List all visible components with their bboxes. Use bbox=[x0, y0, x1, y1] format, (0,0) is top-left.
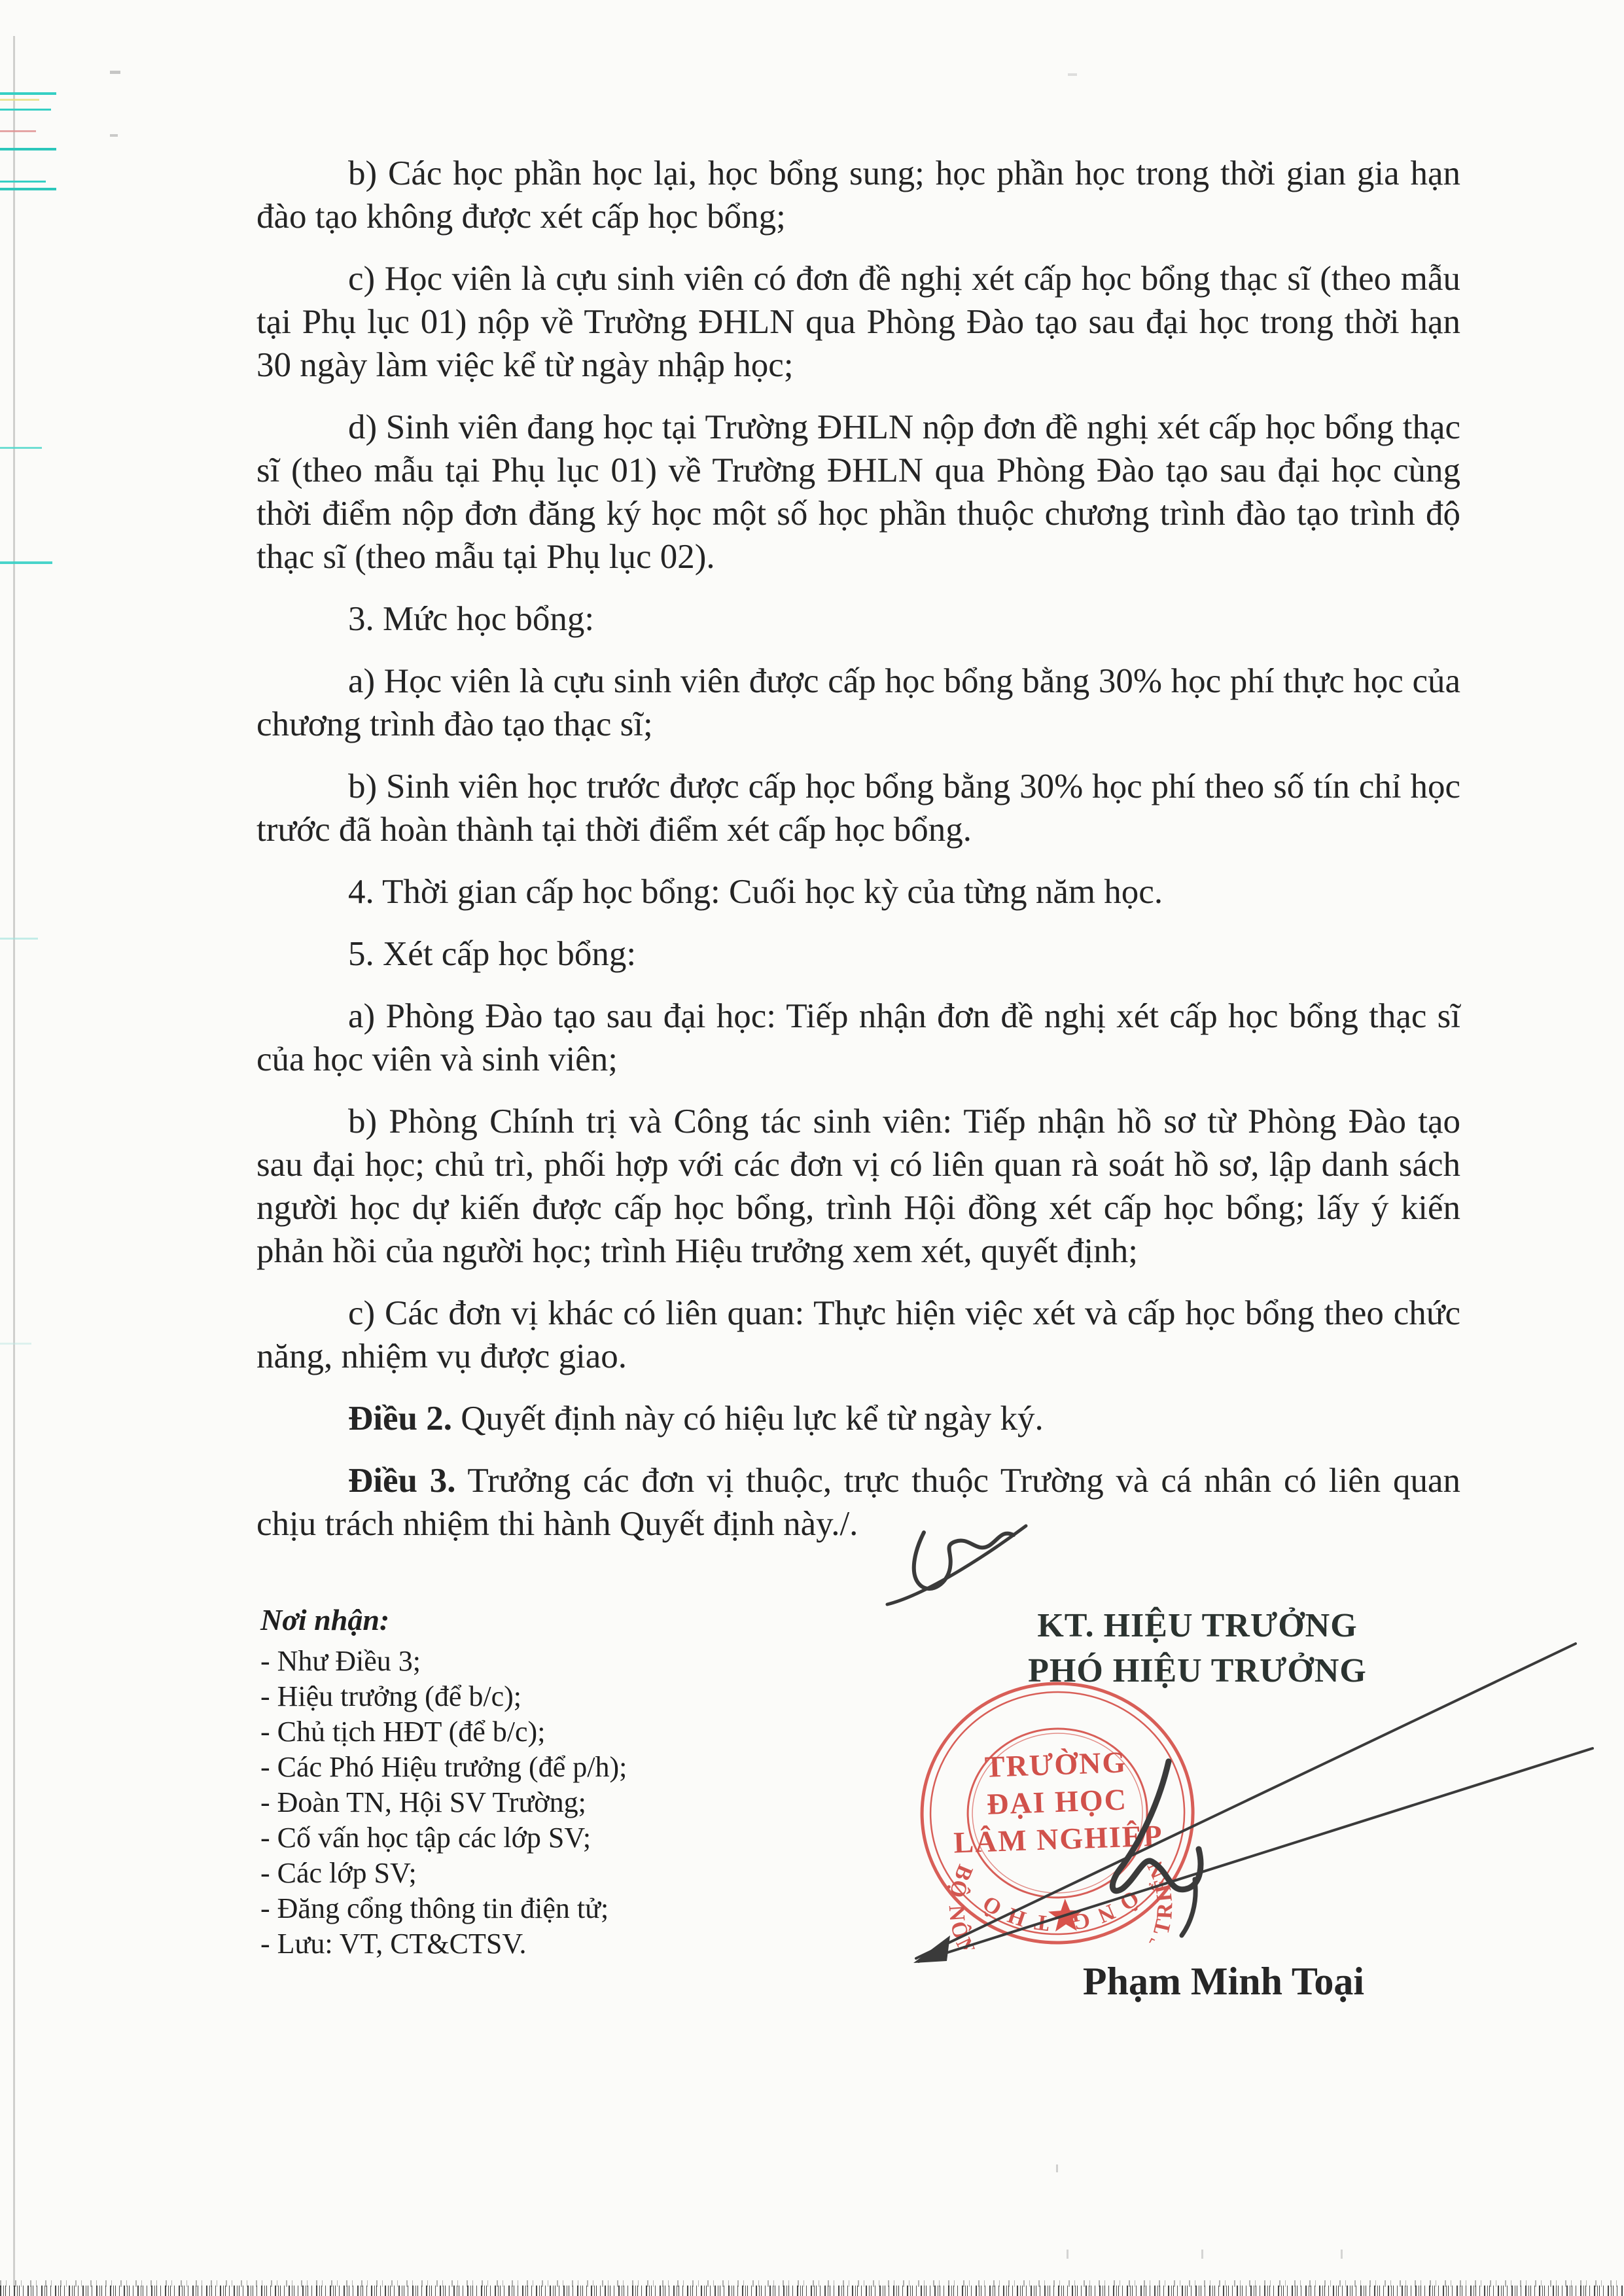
scan-speck bbox=[1067, 2250, 1068, 2259]
recipient-item: - Như Điều 3; bbox=[260, 1644, 758, 1679]
paragraph: 5. Xét cấp học bổng: bbox=[256, 932, 1460, 976]
paragraph-lead: Điều 2. bbox=[348, 1400, 452, 1438]
paragraph-lead: Điều 3. bbox=[348, 1462, 456, 1500]
svg-text:BỘ NÔNG NGHIỆP VÀ PHÁT TRIỂN: BỘ NÔNG NGHIỆP VÀ PHÁT TRIỂN bbox=[942, 1854, 1181, 1951]
scan-artifact-line bbox=[0, 92, 56, 95]
scan-speck bbox=[1056, 2164, 1058, 2172]
scan-speck bbox=[1068, 73, 1077, 76]
paragraph: a) Phòng Đào tạo sau đại học: Tiếp nhận … bbox=[256, 995, 1460, 1081]
scan-artifact-line bbox=[0, 188, 56, 190]
scan-artifact-line bbox=[0, 447, 42, 449]
scan-edge-line bbox=[13, 36, 15, 2287]
recipient-item: - Đoàn TN, Hội SV Trường; bbox=[260, 1785, 758, 1820]
recipient-item: - Đăng cổng thông tin điện tử; bbox=[260, 1891, 758, 1926]
scan-artifact-line bbox=[0, 938, 38, 940]
stamp-arc-top-text: BỘ NÔNG NGHIỆP VÀ PHÁT TRIỂN bbox=[942, 1854, 1181, 1951]
recipients-list: - Như Điều 3;- Hiệu trưởng (để b/c);- Ch… bbox=[260, 1644, 758, 1962]
paragraph: b) Sinh viên học trước được cấp học bổng… bbox=[256, 765, 1460, 851]
scan-artifact-line bbox=[0, 99, 39, 101]
scan-artifact-line bbox=[0, 561, 52, 564]
scan-artifact-line bbox=[0, 1343, 31, 1345]
paragraph: c) Các đơn vị khác có liên quan: Thực hi… bbox=[256, 1292, 1460, 1378]
scan-artifact-line bbox=[0, 109, 51, 111]
paragraph: b) Các học phần học lại, học bổng sung; … bbox=[256, 152, 1460, 238]
paragraph: c) Học viên là cựu sinh viên có đơn đề n… bbox=[256, 257, 1460, 387]
paragraph: a) Học viên là cựu sinh viên được cấp họ… bbox=[256, 660, 1460, 746]
recipients-title: Nơi nhận: bbox=[260, 1602, 758, 1638]
official-stamp: BỘ NÔNG NGHIỆP VÀ PHÁT TRIỂN NÔNG THÔN T… bbox=[910, 1672, 1205, 1951]
document-body: b) Các học phần học lại, học bổng sung; … bbox=[256, 152, 1460, 1564]
scan-speck bbox=[110, 71, 120, 74]
scan-speck bbox=[1201, 2250, 1203, 2259]
paragraph: 3. Mức học bổng: bbox=[256, 597, 1460, 641]
recipient-item: - Hiệu trưởng (để b/c); bbox=[260, 1679, 758, 1714]
scan-artifact-line bbox=[0, 130, 36, 132]
paragraph: Điều 2. Quyết định này có hiệu lực kể từ… bbox=[256, 1397, 1460, 1440]
scan-speck bbox=[1341, 2250, 1343, 2259]
recipients-block: Nơi nhận: - Như Điều 3;- Hiệu trưởng (để… bbox=[260, 1602, 758, 1962]
paragraph: 4. Thời gian cấp học bổng: Cuối học kỳ c… bbox=[256, 870, 1460, 913]
signature-title-line1: KT. HIỆU TRƯỞNG bbox=[965, 1603, 1430, 1648]
stamp-center-line3: LÂM NGHIỆP bbox=[953, 1818, 1164, 1859]
stamp-center-line1: TRƯỜNG bbox=[984, 1745, 1127, 1784]
scan-artifact-line bbox=[0, 181, 46, 183]
paragraph: d) Sinh viên đang học tại Trường ĐHLN nộ… bbox=[256, 406, 1460, 578]
recipient-item: - Chủ tịch HĐT (để b/c); bbox=[260, 1714, 758, 1750]
recipient-item: - Cố vấn học tập các lớp SV; bbox=[260, 1820, 758, 1856]
recipient-item: - Các Phó Hiệu trưởng (để p/h); bbox=[260, 1750, 758, 1785]
signer-name: Phạm Minh Toại bbox=[1001, 1959, 1446, 2004]
scan-artifact-line bbox=[0, 148, 56, 150]
scan-speck bbox=[110, 134, 118, 137]
recipient-item: - Lưu: VT, CT&CTSV. bbox=[260, 1926, 758, 1962]
stamp-center-line2: ĐẠI HỌC bbox=[986, 1782, 1127, 1820]
paragraph: b) Phòng Chính trị và Công tác sinh viên… bbox=[256, 1100, 1460, 1273]
scanned-document-page: b) Các học phần học lại, học bổng sung; … bbox=[0, 0, 1624, 2296]
recipient-item: - Các lớp SV; bbox=[260, 1856, 758, 1891]
paragraph: Điều 3. Trưởng các đơn vị thuộc, trực th… bbox=[256, 1459, 1460, 1545]
scan-noise-band bbox=[0, 2286, 1624, 2296]
